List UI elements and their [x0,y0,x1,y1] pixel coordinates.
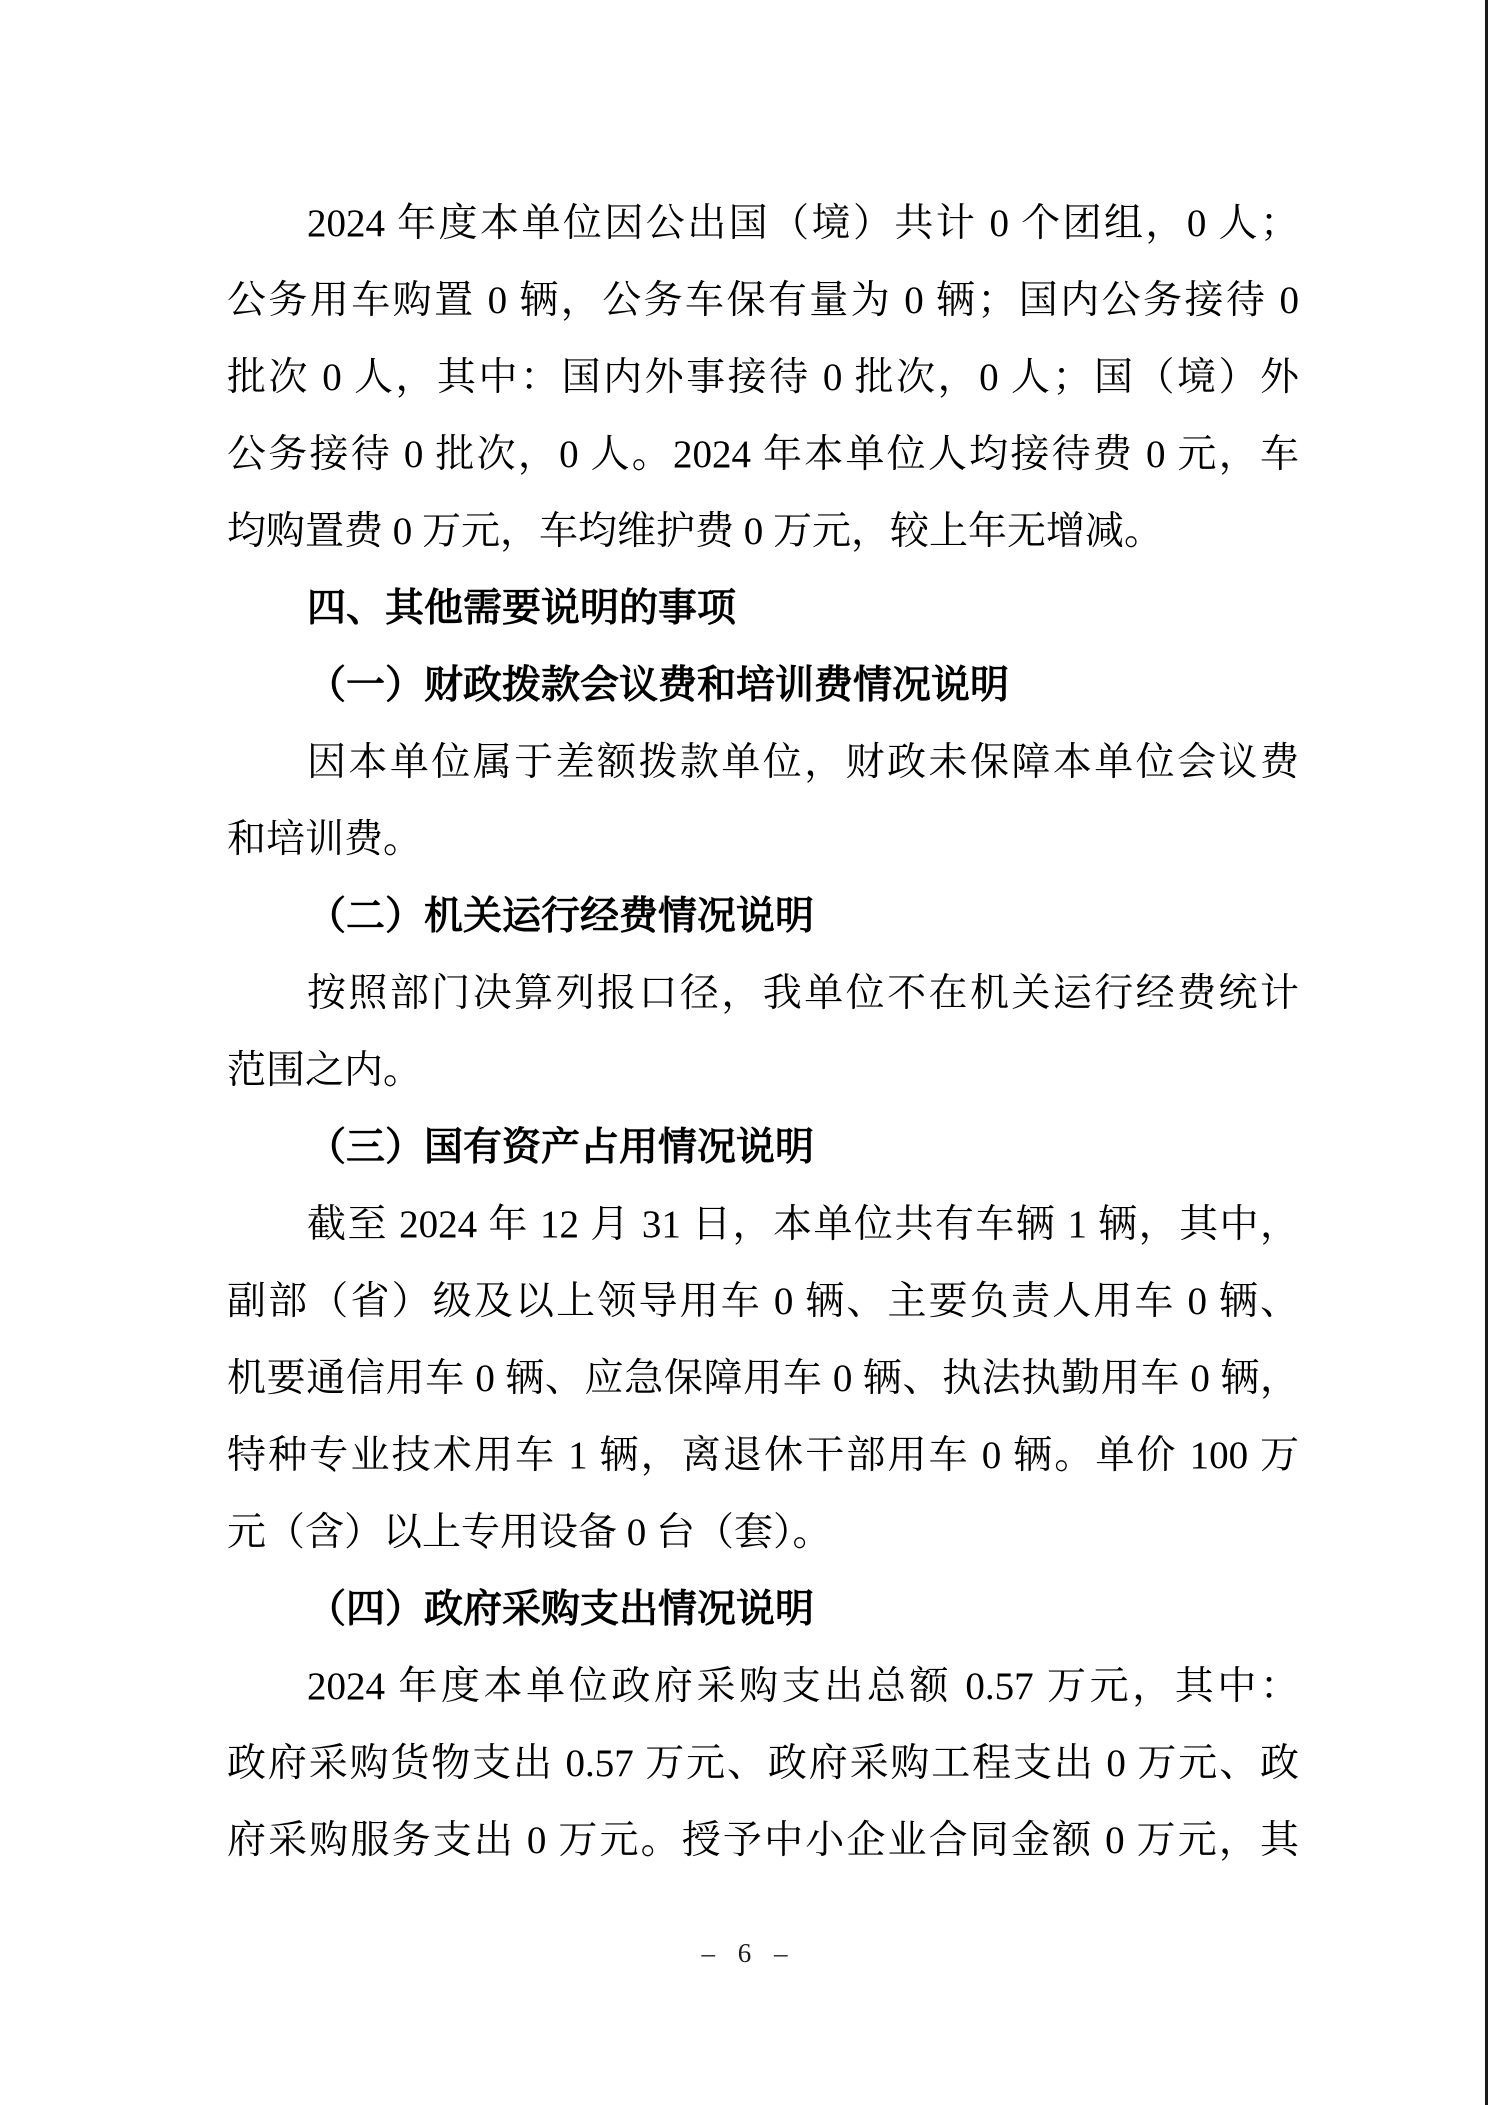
doc-line: 特种专业技术用车 1 辆，离退休干部用车 0 辆。单价 100 万 [227,1417,1299,1494]
subsection-heading: （一）财政拨款会议费和培训费情况说明 [227,647,1299,724]
doc-line: 范围之内。 [227,1032,1299,1109]
page-number: – 6 – [702,1938,788,1968]
doc-line: 2024 年度本单位因公出国（境）共计 0 个团组，0 人； [227,185,1299,262]
doc-line: 府采购服务支出 0 万元。授予中小企业合同金额 0 万元，其 [227,1802,1299,1879]
doc-line: 批次 0 人，其中：国内外事接待 0 批次，0 人；国（境）外 [227,339,1299,416]
document-body: 2024 年度本单位因公出国（境）共计 0 个团组，0 人； 公务用车购置 0 … [227,185,1299,1879]
doc-line: 因本单位属于差额拨款单位，财政未保障本单位会议费 [227,724,1299,801]
doc-line: 和培训费。 [227,801,1299,878]
doc-line: 元（含）以上专用设备 0 台（套）。 [227,1494,1299,1571]
subsection-heading: （四）政府采购支出情况说明 [227,1571,1299,1648]
doc-line: 机要通信用车 0 辆、应急保障用车 0 辆、执法执勤用车 0 辆， [227,1340,1299,1417]
doc-line: 截至 2024 年 12 月 31 日，本单位共有车辆 1 辆，其中， [227,1186,1299,1263]
doc-line: 按照部门决算列报口径，我单位不在机关运行经费统计 [227,955,1299,1032]
doc-line: 均购置费 0 万元，车均维护费 0 万元，较上年无增减。 [227,493,1299,570]
doc-line: 副部（省）级及以上领导用车 0 辆、主要负责人用车 0 辆、 [227,1263,1299,1340]
doc-line: 政府采购货物支出 0.57 万元、政府采购工程支出 0 万元、政 [227,1725,1299,1802]
doc-line: 公务接待 0 批次，0 人。2024 年本单位人均接待费 0 元，车 [227,416,1299,493]
page-footer: – 6 – [0,1938,1489,1969]
subsection-heading: （三）国有资产占用情况说明 [227,1109,1299,1186]
doc-line: 公务用车购置 0 辆，公务车保有量为 0 辆；国内公务接待 0 [227,262,1299,339]
subsection-heading: （二）机关运行经费情况说明 [227,878,1299,955]
section-heading: 四、其他需要说明的事项 [227,570,1299,647]
page-right-edge-line [1485,0,1488,2105]
doc-line: 2024 年度本单位政府采购支出总额 0.57 万元，其中： [227,1648,1299,1725]
document-page: 2024 年度本单位因公出国（境）共计 0 个团组，0 人； 公务用车购置 0 … [0,0,1489,2105]
